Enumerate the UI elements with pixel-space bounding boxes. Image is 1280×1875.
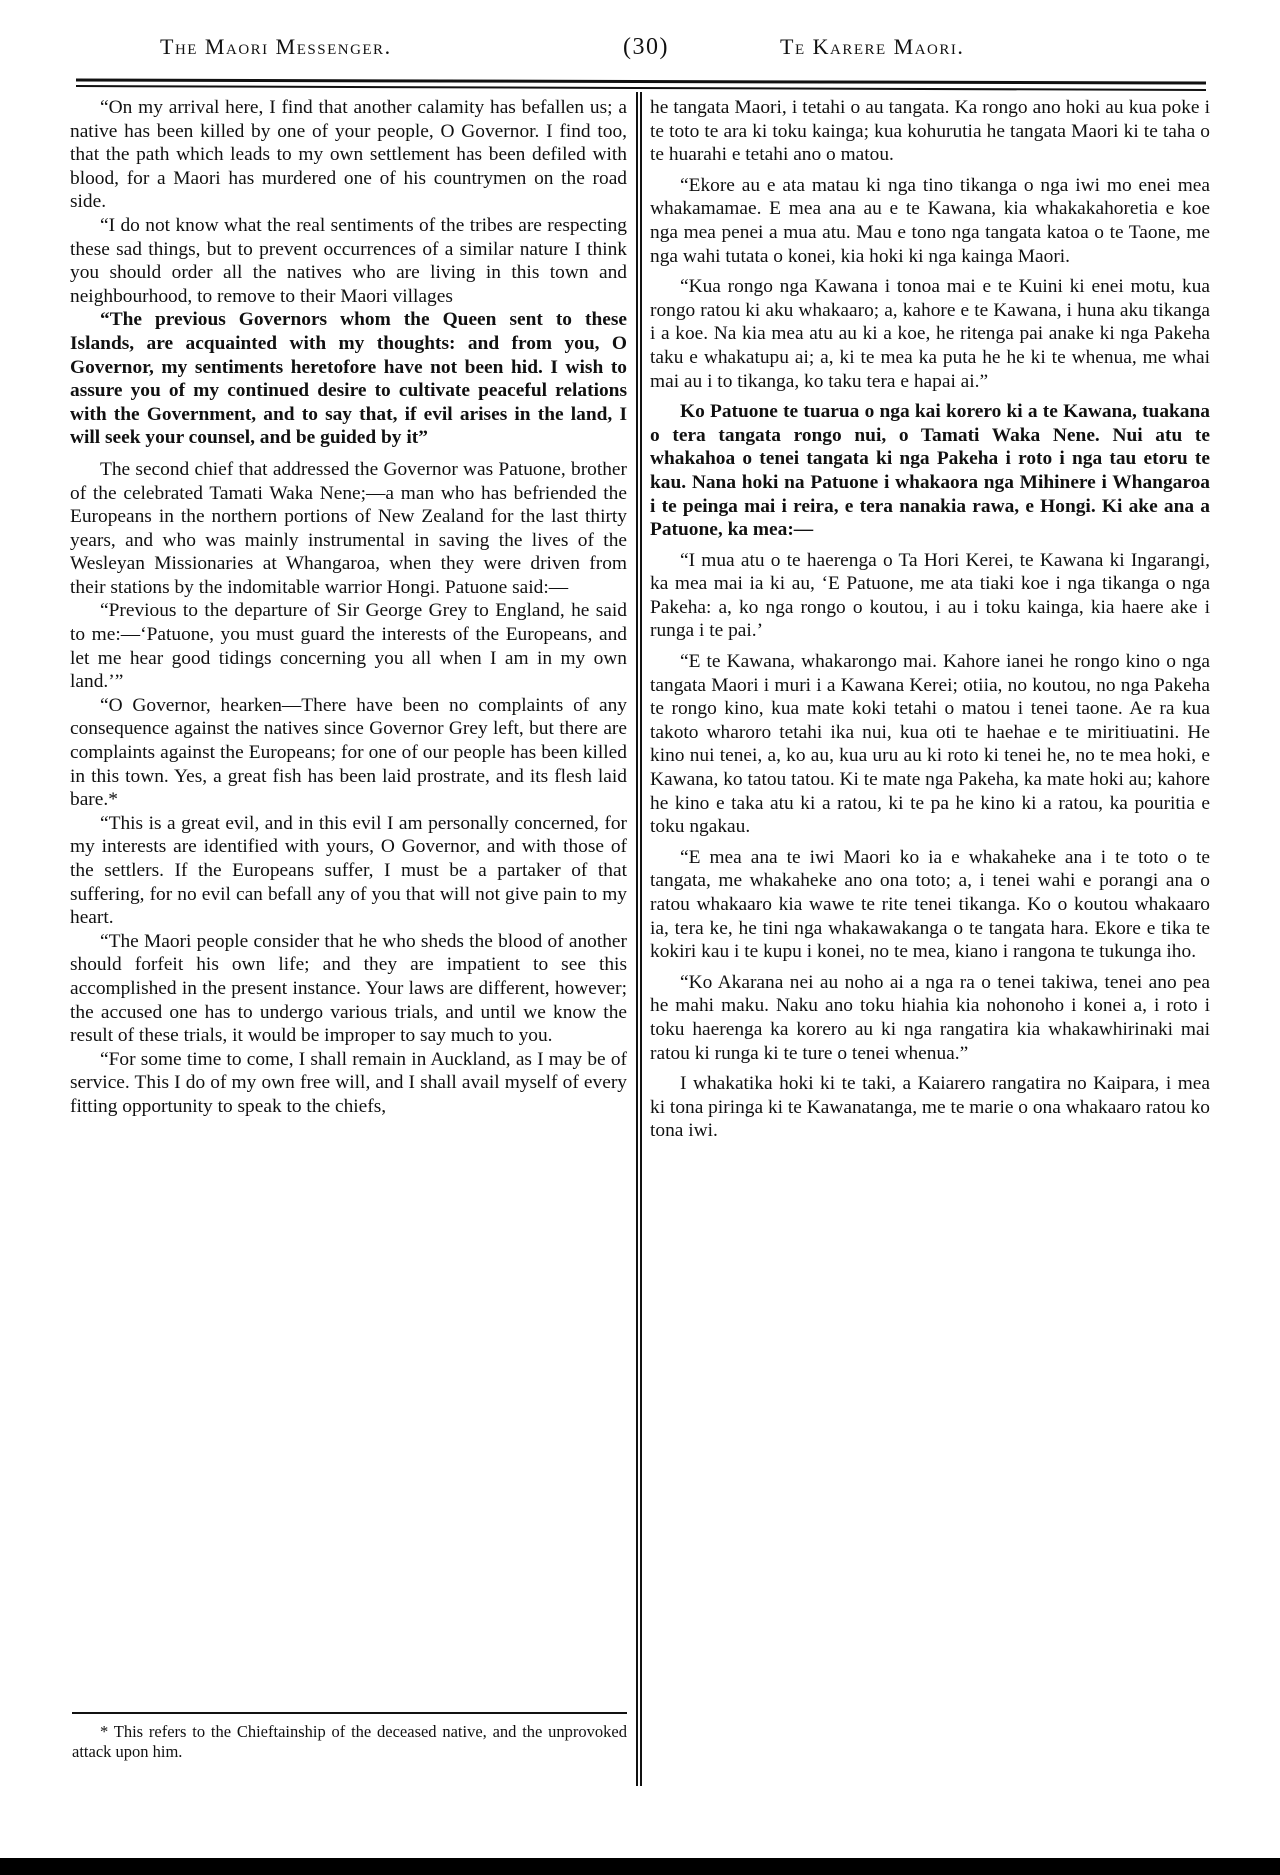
paragraph: “I do not know what the real sentiments … [70, 214, 627, 308]
paragraph: “Kua rongo nga Kawana i tonoa mai e te K… [650, 275, 1210, 393]
page-number: (30) [623, 34, 669, 61]
paragraph: “E te Kawana, whakarongo mai. Kahore ian… [650, 650, 1210, 839]
page-header: The Maori Messenger. (30) Te Karere Maor… [0, 34, 1280, 74]
paragraph: “For some time to come, I shall remain i… [70, 1048, 627, 1119]
paragraph: “O Governor, hearken—There have been no … [70, 694, 627, 812]
paragraph: “Ekore au e ata matau ki nga tino tikang… [650, 174, 1210, 268]
footnote-text: * This refers to the Chieftainship of th… [72, 1722, 627, 1762]
english-column: “On my arrival here, I find that another… [70, 96, 627, 1119]
header-rule-top [76, 79, 1206, 85]
paragraph: “Ko Akarana nei au noho ai a nga ra o te… [650, 971, 1210, 1065]
paragraph: I whakatika hoki ki te taki, a Kaiarero … [650, 1072, 1210, 1143]
footnote: * This refers to the Chieftainship of th… [72, 1722, 627, 1762]
paragraph: “I mua atu o te haerenga o Ta Hori Kerei… [650, 549, 1210, 643]
paragraph: “This is a great evil, and in this evil … [70, 812, 627, 930]
paragraph: “E mea ana te iwi Maori ko ia e whakahek… [650, 846, 1210, 964]
maori-masthead: Te Karere Maori. [780, 34, 964, 60]
paragraph: “On my arrival here, I find that another… [70, 96, 627, 214]
footnote-rule [72, 1712, 627, 1714]
english-masthead: The Maori Messenger. [160, 34, 392, 60]
paragraph: “The previous Governors whom the Queen s… [70, 308, 627, 450]
scan-edge-band [0, 1858, 1280, 1875]
paragraph: “The Maori people consider that he who s… [70, 930, 627, 1048]
header-rule-bottom [76, 85, 1206, 91]
paragraph: Ko Patuone te tuarua o nga kai korero ki… [650, 400, 1210, 542]
paragraph: The second chief that addressed the Gove… [70, 458, 627, 600]
maori-column: he tangata Maori, i tetahi o au tangata.… [650, 96, 1210, 1150]
column-divider [636, 92, 642, 1786]
paragraph: “Previous to the departure of Sir George… [70, 599, 627, 693]
paragraph: he tangata Maori, i tetahi o au tangata.… [650, 96, 1210, 167]
